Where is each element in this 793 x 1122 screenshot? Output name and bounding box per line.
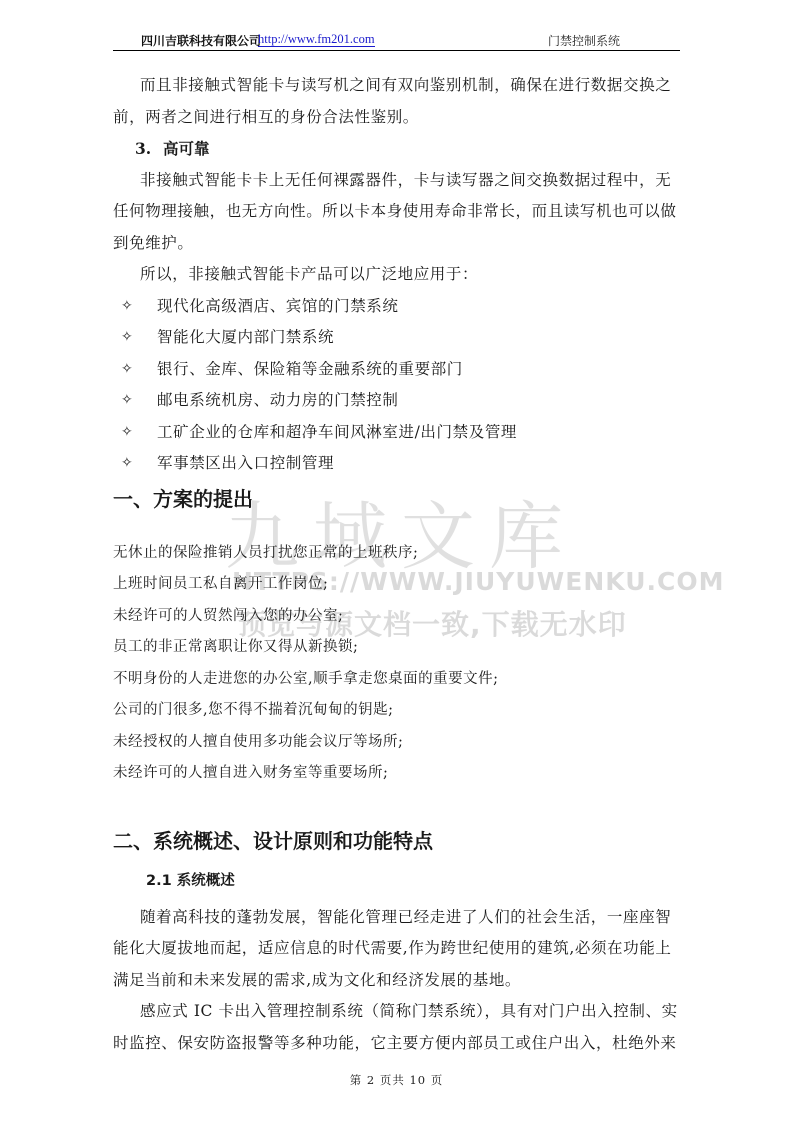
page-header: 四川吉联科技有限公司 http://www.fm201.com 门禁控制系统 [113, 30, 680, 51]
problem-line: 不明身份的人走进您的办公室,顺手拿走您桌面的重要文件; [113, 664, 681, 696]
document-body: 而且非接触式智能卡与读写机之间有双向鉴别机制，确保在进行数据交换之前，两者之间进… [113, 70, 681, 1059]
diamond-bullet-icon: ✧ [121, 448, 133, 480]
paragraph-overview-2: 感应式 IC 卡出入管理控制系统（简称门禁系统），具有对门户出入控制、实时监控、… [113, 996, 681, 1059]
page-number: 第 2 页共 10 页 [0, 1072, 793, 1088]
diamond-bullet-icon: ✧ [121, 354, 133, 386]
list-item: ✧智能化大厦内部门禁系统 [113, 322, 681, 354]
list-item: ✧工矿企业的仓库和超净车间风淋室进/出门禁及管理 [113, 417, 681, 449]
paragraph-mutual-auth: 而且非接触式智能卡与读写机之间有双向鉴别机制，确保在进行数据交换之前，两者之间进… [113, 70, 681, 133]
problem-line: 员工的非正常离职让你又得从新换锁; [113, 632, 681, 664]
list-item: ✧军事禁区出入口控制管理 [113, 448, 681, 480]
paragraph-reliability: 非接触式智能卡卡上无任何裸露器件，卡与读写器之间交换数据过程中，无任何物理接触，… [113, 165, 681, 260]
subheading-title: 高可靠 [163, 139, 210, 158]
problem-line: 公司的门很多,您不得不揣着沉甸甸的钥匙; [113, 695, 681, 727]
diamond-bullet-icon: ✧ [121, 291, 133, 323]
diamond-bullet-icon: ✧ [121, 417, 133, 449]
header-url-link[interactable]: http://www.fm201.com [258, 33, 375, 47]
applications-list: ✧现代化高级酒店、宾馆的门禁系统 ✧智能化大厦内部门禁系统 ✧银行、金库、保险箱… [113, 291, 681, 480]
problem-line: 未经许可的人擅自进入财务室等重要场所; [113, 758, 681, 790]
list-item: ✧邮电系统机房、动力房的门禁控制 [113, 385, 681, 417]
section-heading-proposal: 一、方案的提出 [113, 484, 681, 514]
subsection-heading-system-overview: 2.1 系统概述 [113, 866, 681, 896]
header-system-name: 门禁控制系统 [548, 32, 620, 49]
problem-line: 无休止的保险推销人员打扰您正常的上班秩序; [113, 538, 681, 570]
paragraph-applications-intro: 所以，非接触式智能卡产品可以广泛地应用于： [113, 259, 681, 291]
section-heading-overview: 二、系统概述、设计原则和功能特点 [113, 826, 681, 856]
problem-line: 未经许可的人贸然闯入您的办公室; [113, 601, 681, 633]
diamond-bullet-icon: ✧ [121, 322, 133, 354]
subheading-number: 3. [135, 133, 163, 165]
list-item: ✧现代化高级酒店、宾馆的门禁系统 [113, 291, 681, 323]
list-item: ✧银行、金库、保险箱等金融系统的重要部门 [113, 354, 681, 386]
problem-line: 未经授权的人擅自使用多功能会议厅等场所; [113, 727, 681, 759]
diamond-bullet-icon: ✧ [121, 385, 133, 417]
problem-line: 上班时间员工私自离开工作岗位; [113, 569, 681, 601]
paragraph-overview-1: 随着高科技的蓬勃发展，智能化管理已经走进了人们的社会生活，一座座智能化大厦拔地而… [113, 902, 681, 997]
header-company: 四川吉联科技有限公司 [141, 32, 261, 49]
subheading-high-reliability: 3.高可靠 [113, 133, 681, 165]
